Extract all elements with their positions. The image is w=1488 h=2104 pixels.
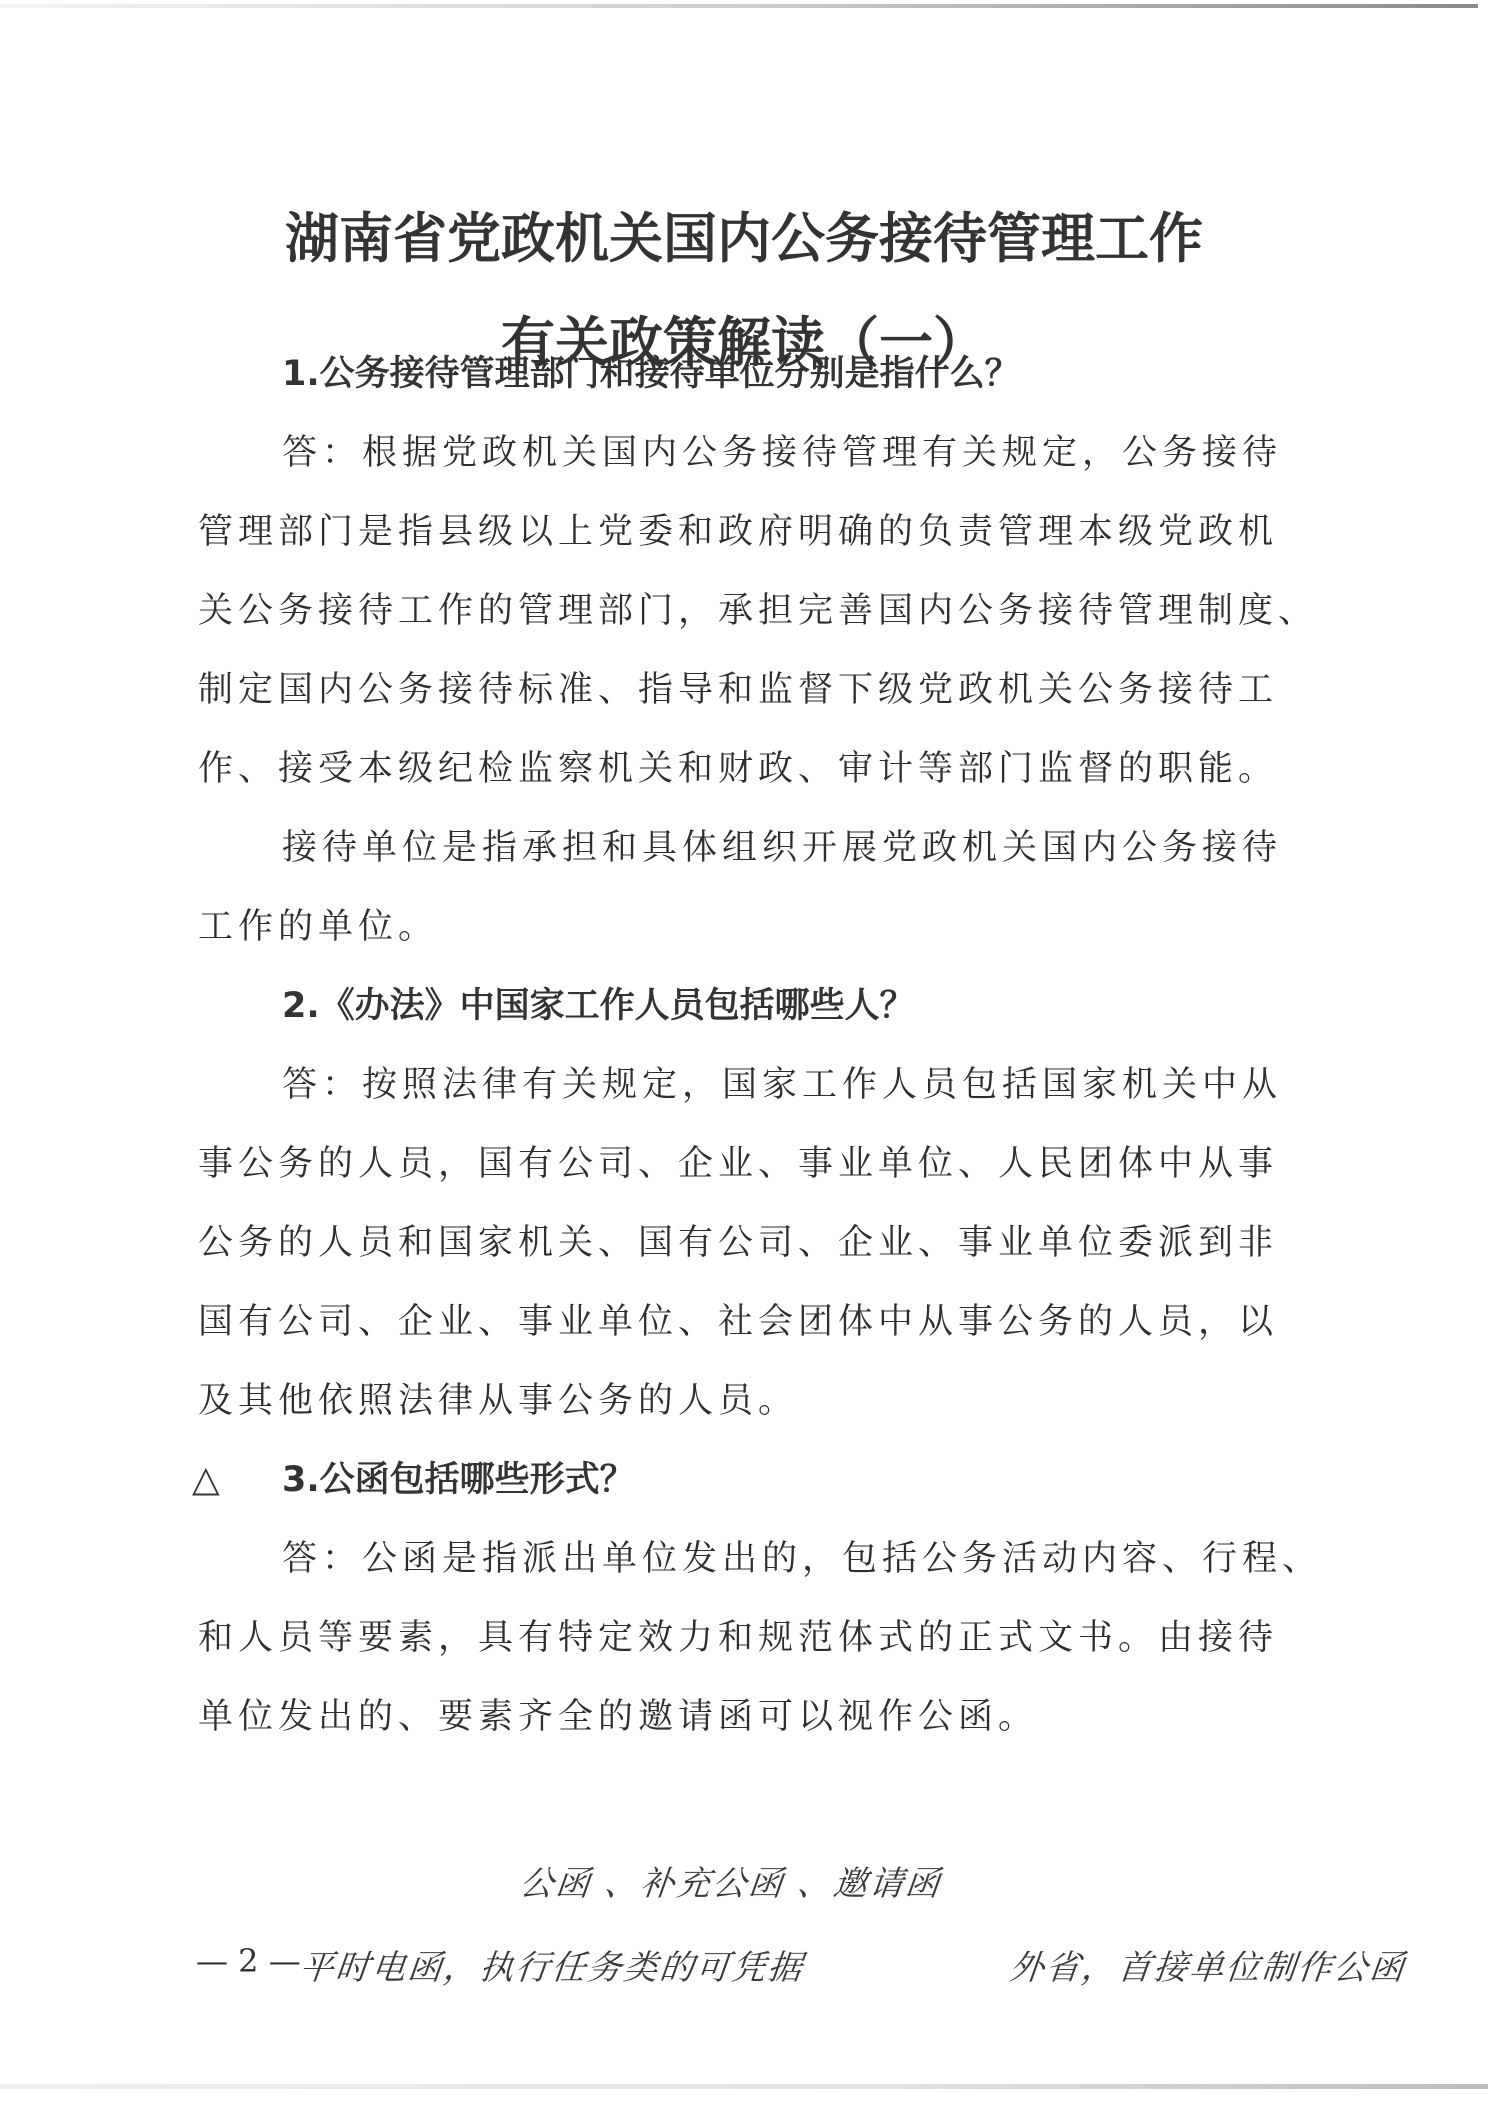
handwritten-note-2: 平时电函，执行任务类的可凭据 [297, 1940, 806, 1989]
answer-1-line: 关公务接待工作的管理部门，承担完善国内公务接待管理制度、 [198, 589, 1298, 633]
question-3: 3.公函包括哪些形式？ [282, 1458, 635, 1502]
answer-3-line: 和人员等要素，具有特定效力和规范体式的正式文书。由接待 [198, 1616, 1298, 1660]
answer-1-line: 制定国内公务接待标准、指导和监督下级党政机关公务接待工 [198, 668, 1298, 712]
answer-1-line: 答：根据党政机关国内公务接待管理有关规定，公务接待 [282, 431, 1382, 475]
answer-3-line: 单位发出的、要素齐全的邀请函可以视作公函。 [198, 1695, 1298, 1739]
answer-1-line: 管理部门是指县级以上党委和政府明确的负责管理本级党政机 [198, 510, 1298, 554]
handwritten-note-1: 公函 、补充公函 、邀请函 [517, 1856, 944, 1905]
answer-1-line: 作、接受本级纪检监察机关和财政、审计等部门监督的职能。 [198, 747, 1298, 791]
answer-3-line: 答：公函是指派出单位发出的，包括公务活动内容、行程、 [282, 1537, 1382, 1581]
scan-edge-top [0, 4, 1478, 8]
question-1: 1.公务接待管理部门和接待单位分别是指什么？ [282, 352, 1020, 396]
document-title-line-1: 湖南省党政机关国内公务接待管理工作 [0, 196, 1488, 273]
scan-edge-bottom [0, 2084, 1488, 2089]
handwritten-note-3: 外省，首接单位制作公函 [1007, 1940, 1408, 1989]
answer-2-line: 公务的人员和国家机关、国有公司、企业、事业单位委派到非 [198, 1221, 1298, 1265]
answer-2-line: 答：按照法律有关规定，国家工作人员包括国家机关中从 [282, 1063, 1382, 1107]
triangle-mark-icon: △ [192, 1458, 220, 1502]
question-2: 2.《办法》中国家工作人员包括哪些人？ [282, 984, 915, 1028]
answer-1-line: 工作的单位。 [198, 905, 1298, 949]
answer-2-line: 事公务的人员，国有公司、企业、事业单位、人民团体中从事 [198, 1142, 1298, 1186]
answer-2-line: 国有公司、企业、事业单位、社会团体中从事公务的人员，以 [198, 1300, 1298, 1344]
answer-2-line: 及其他依照法律从事公务的人员。 [198, 1379, 1298, 1423]
page-number: — 2 — [196, 1942, 301, 1980]
answer-1-line: 接待单位是指承担和具体组织开展党政机关国内公务接待 [282, 826, 1382, 870]
